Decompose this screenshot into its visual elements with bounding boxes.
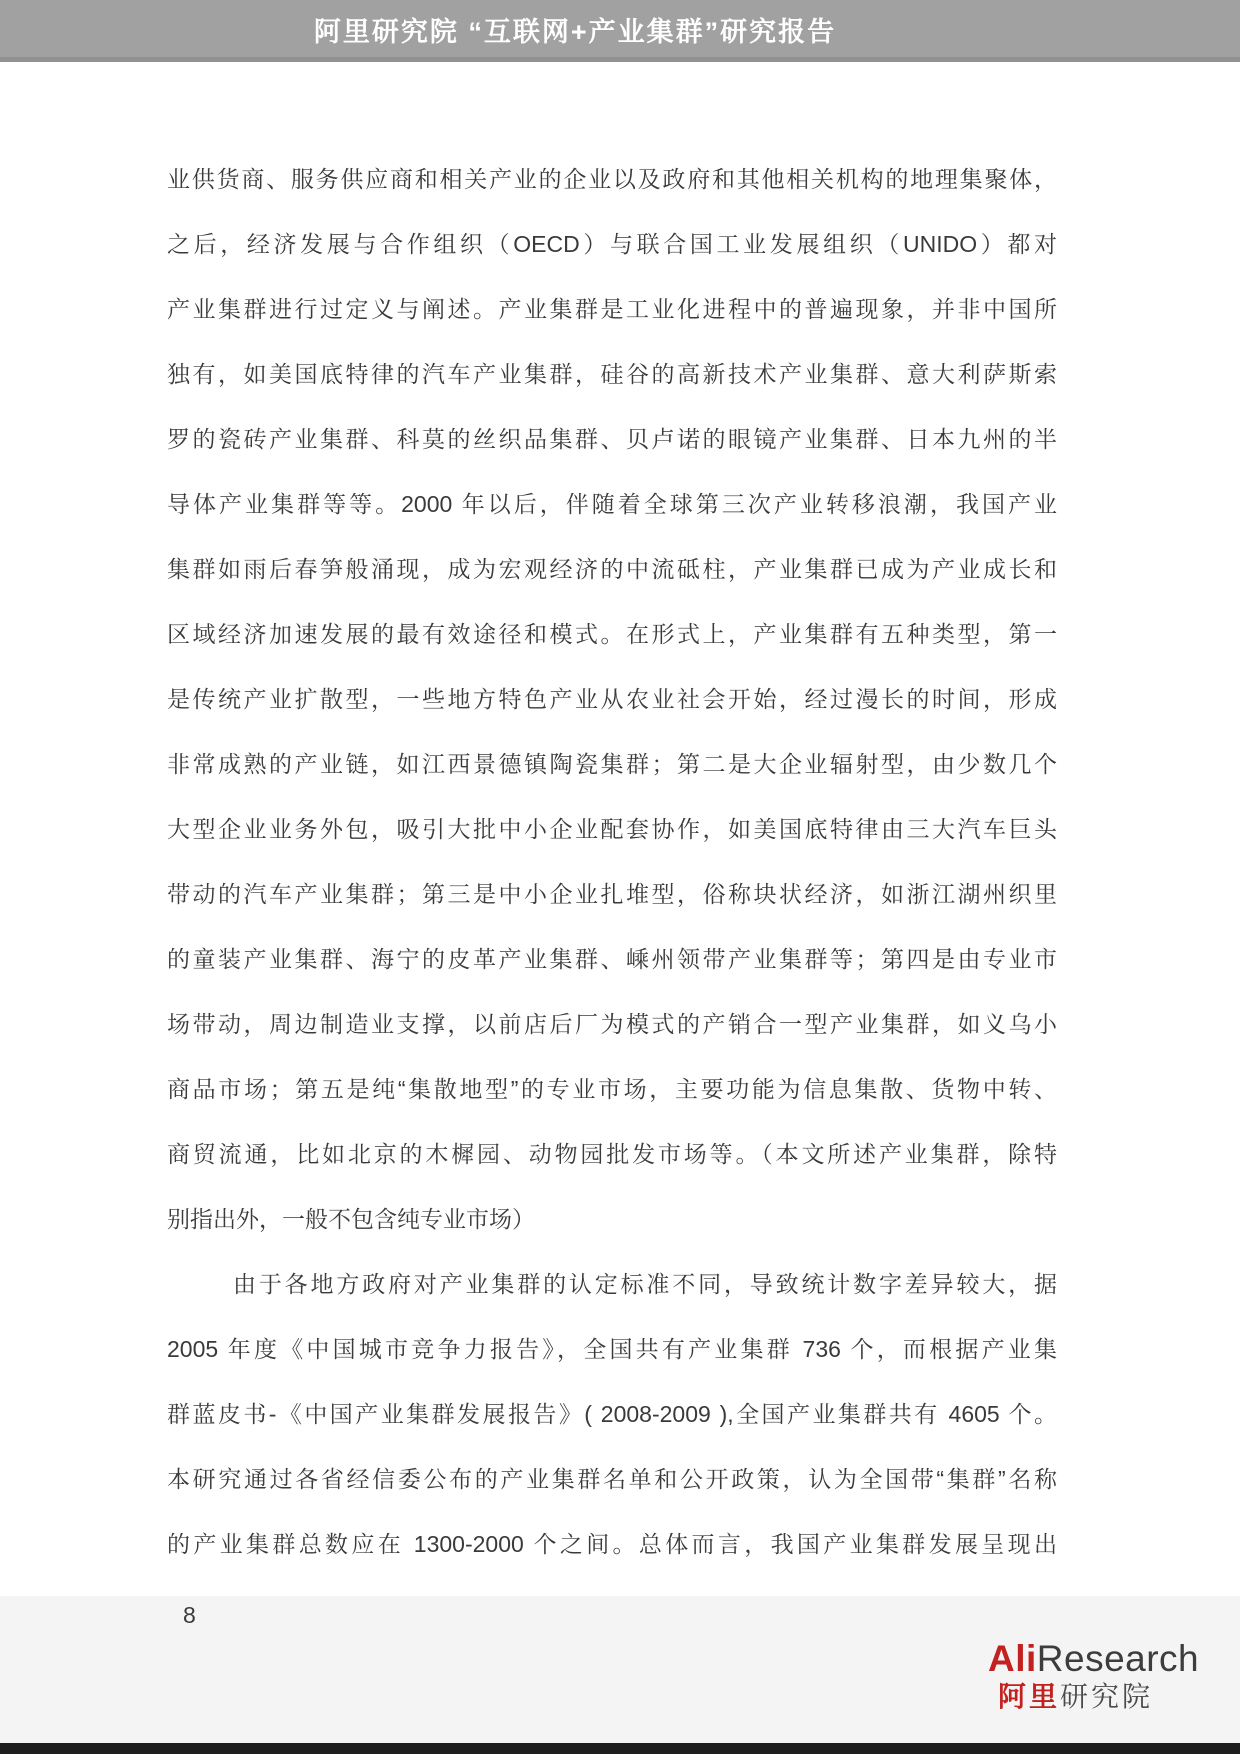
text-line: 场带动，周边制造业支撑，以前店后厂为模式的产销合一型产业集群，如义乌小: [167, 992, 1057, 1057]
text-line: 商贸流通，比如北京的木樨园、动物园批发市场等。（本文所述产业集群，除特: [167, 1122, 1057, 1187]
logo-ali-text: Ali: [988, 1638, 1037, 1679]
text-line: 商品市场；第五是纯“集散地型”的专业市场，主要功能为信息集散、货物中转、: [167, 1057, 1057, 1122]
text-line: 别指出外，一般不包含纯专业市场）: [167, 1187, 1057, 1252]
text-line: 区域经济加速发展的最有效途径和模式。在形式上，产业集群有五种类型，第一: [167, 602, 1057, 667]
text-line: 带动的汽车产业集群；第三是中小企业扎堆型，俗称块状经济，如浙江湖州织里: [167, 862, 1057, 927]
document-page: 阿里研究院 “互联网+产业集群”研究报告 业供货商、服务供应商和相关产业的企业以…: [0, 0, 1240, 1754]
body-text: 业供货商、服务供应商和相关产业的企业以及政府和其他相关机构的地理集聚体，之后，经…: [167, 147, 1057, 1577]
text-line: 集群如雨后春笋般涌现，成为宏观经济的中流砥柱，产业集群已成为产业成长和: [167, 537, 1057, 602]
bottom-bar: [0, 1743, 1240, 1754]
logo-cn-line: 阿里研究院: [998, 1683, 1199, 1711]
text-line: 的产业集群总数应在 1300-2000 个之间。总体而言，我国产业集群发展呈现出: [167, 1512, 1057, 1577]
text-line: 罗的瓷砖产业集群、科莫的丝织品集群、贝卢诺的眼镜产业集群、日本九州的半: [167, 407, 1057, 472]
page-header: 阿里研究院 “互联网+产业集群”研究报告: [0, 0, 1240, 62]
text-line: 大型企业业务外包，吸引大批中小企业配套协作，如美国底特律由三大汽车巨头: [167, 797, 1057, 862]
text-line: 导体产业集群等等。2000 年以后，伴随着全球第三次产业转移浪潮，我国产业: [167, 472, 1057, 537]
text-line: 2005 年度《中国城市竞争力报告》，全国共有产业集群 736 个，而根据产业集: [167, 1317, 1057, 1382]
page-number: 8: [183, 1602, 196, 1629]
text-line: 的童装产业集群、海宁的皮革产业集群、嵊州领带产业集群等；第四是由专业市: [167, 927, 1057, 992]
text-line: 产业集群进行过定义与阐述。产业集群是工业化进程中的普遍现象，并非中国所: [167, 277, 1057, 342]
text-line: 业供货商、服务供应商和相关产业的企业以及政府和其他相关机构的地理集聚体，: [167, 147, 1057, 212]
text-line: 之后，经济发展与合作组织（OECD）与联合国工业发展组织（UNIDO）都对: [167, 212, 1057, 277]
logo-ali-cn-text: 阿里: [998, 1681, 1060, 1712]
logo-research-text: Research: [1037, 1638, 1199, 1679]
text-line: 非常成熟的产业链，如江西景德镇陶瓷集群；第二是大企业辐射型，由少数几个: [167, 732, 1057, 797]
page-footer: 8 AliResearch 阿里研究院: [0, 1596, 1240, 1743]
text-line: 独有，如美国底特律的汽车产业集群，硅谷的高新技术产业集群、意大利萨斯索: [167, 342, 1057, 407]
logo-en-line: AliResearch: [988, 1640, 1199, 1677]
report-header-title: 阿里研究院 “互联网+产业集群”研究报告: [0, 0, 1240, 57]
text-line: 是传统产业扩散型，一些地方特色产业从农业社会开始，经过漫长的时间，形成: [167, 667, 1057, 732]
text-line: 群蓝皮书-《中国产业集群发展报告》( 2008-2009 ),全国产业集群共有 …: [167, 1382, 1057, 1447]
text-line: 由于各地方政府对产业集群的认定标准不同，导致统计数字差异较大，据: [167, 1252, 1057, 1317]
ali-research-logo: AliResearch 阿里研究院: [988, 1640, 1199, 1711]
logo-yanjiuyuan-cn-text: 研究院: [1060, 1681, 1153, 1712]
text-line: 本研究通过各省经信委公布的产业集群名单和公开政策，认为全国带“集群”名称: [167, 1447, 1057, 1512]
